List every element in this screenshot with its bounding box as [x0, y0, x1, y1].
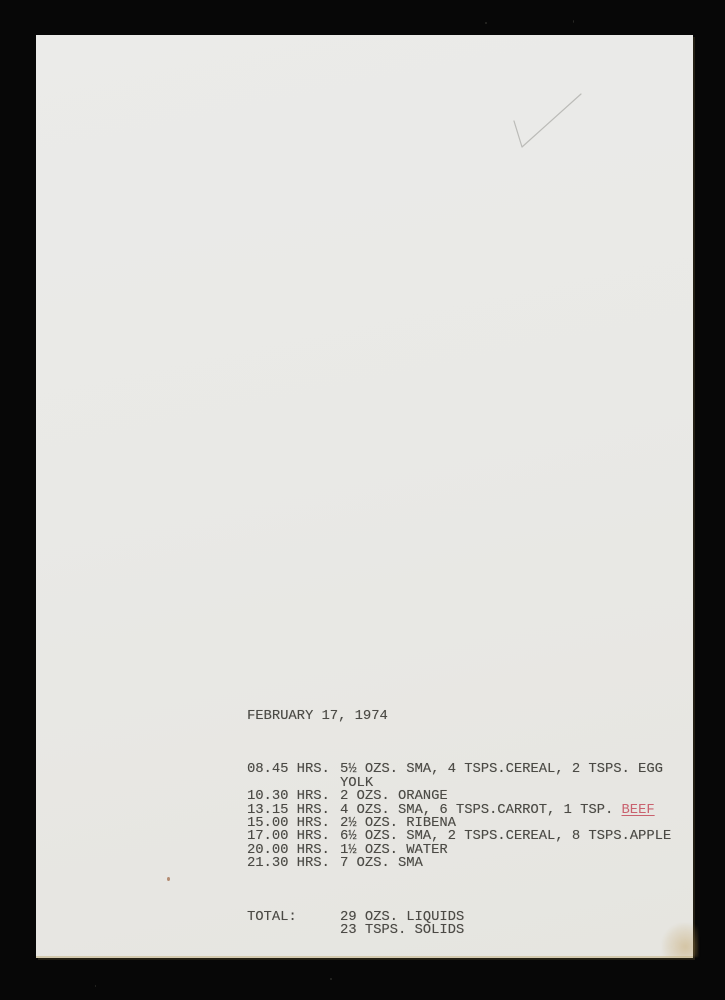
dust-speck: [330, 978, 332, 980]
document-page: FEBRUARY 17, 1974 08.45 HRS.5½ OZS. SMA,…: [36, 35, 693, 958]
log-entry-row: 17.00 HRS.6½ OZS. SMA, 2 TSPS.CEREAL, 8 …: [247, 830, 687, 843]
log-entry-row: 08.45 HRS.5½ OZS. SMA, 4 TSPS.CEREAL, 2 …: [247, 763, 687, 790]
feeding-log-entries: 08.45 HRS.5½ OZS. SMA, 4 TSPS.CEREAL, 2 …: [247, 763, 687, 870]
dust-speck: [485, 22, 487, 24]
entry-time: 13.15 HRS.: [247, 804, 340, 817]
entry-time: 10.30 HRS.: [247, 790, 340, 803]
total-section: TOTAL:29 OZS. LIQUIDS23 TSPS. SOLIDS: [247, 911, 687, 938]
entry-text-line: 2 OZS. ORANGE: [340, 790, 687, 803]
paper-speck: [167, 877, 170, 881]
dust-speck: [95, 985, 96, 987]
entry-food: 4 OZS. SMA, 6 TSPS.CARROT, 1 TSP. BEEF: [340, 804, 687, 817]
total-row: TOTAL:29 OZS. LIQUIDS23 TSPS. SOLIDS: [247, 911, 687, 938]
entry-text-line: 7 OZS. SMA: [340, 857, 687, 870]
total-label: TOTAL:: [247, 911, 340, 924]
entry-time: 21.30 HRS.: [247, 857, 340, 870]
log-entry-row: 10.30 HRS.2 OZS. ORANGE: [247, 790, 687, 803]
entry-text: 23 TSPS. SOLIDS: [340, 923, 464, 938]
entry-time: 08.45 HRS.: [247, 763, 340, 776]
entry-food: 2 OZS. ORANGE: [340, 790, 687, 803]
entry-text-line: 6½ OZS. SMA, 2 TSPS.CEREAL, 8 TSPS.APPLE: [340, 830, 687, 843]
entry-food: 5½ OZS. SMA, 4 TSPS.CEREAL, 2 TSPS. EGGY…: [340, 763, 687, 790]
total-values: 29 OZS. LIQUIDS23 TSPS. SOLIDS: [340, 911, 687, 938]
entry-text-line: 23 TSPS. SOLIDS: [340, 924, 687, 937]
date-heading: FEBRUARY 17, 1974: [247, 710, 687, 723]
entry-text: 5½ OZS. SMA, 4 TSPS.CEREAL, 2 TSPS. EGG: [340, 762, 663, 777]
entry-food: 7 OZS. SMA: [340, 857, 687, 870]
photo-black-mount: FEBRUARY 17, 1974 08.45 HRS.5½ OZS. SMA,…: [0, 0, 725, 1000]
dust-speck: [573, 20, 574, 23]
entry-text-line: 4 OZS. SMA, 6 TSPS.CARROT, 1 TSP. BEEF: [340, 804, 687, 817]
red-typed-word: BEEF: [622, 803, 655, 818]
entry-time: 17.00 HRS.: [247, 830, 340, 843]
entry-text-line: 5½ OZS. SMA, 4 TSPS.CEREAL, 2 TSPS. EGG: [340, 763, 687, 776]
entry-food: 6½ OZS. SMA, 2 TSPS.CEREAL, 8 TSPS.APPLE: [340, 830, 687, 843]
entry-text: 7 OZS. SMA: [340, 856, 423, 871]
log-entry-row: 13.15 HRS.4 OZS. SMA, 6 TSPS.CARROT, 1 T…: [247, 804, 687, 817]
typed-text-block: FEBRUARY 17, 1974 08.45 HRS.5½ OZS. SMA,…: [247, 683, 687, 964]
log-entry-row: 21.30 HRS.7 OZS. SMA: [247, 857, 687, 870]
